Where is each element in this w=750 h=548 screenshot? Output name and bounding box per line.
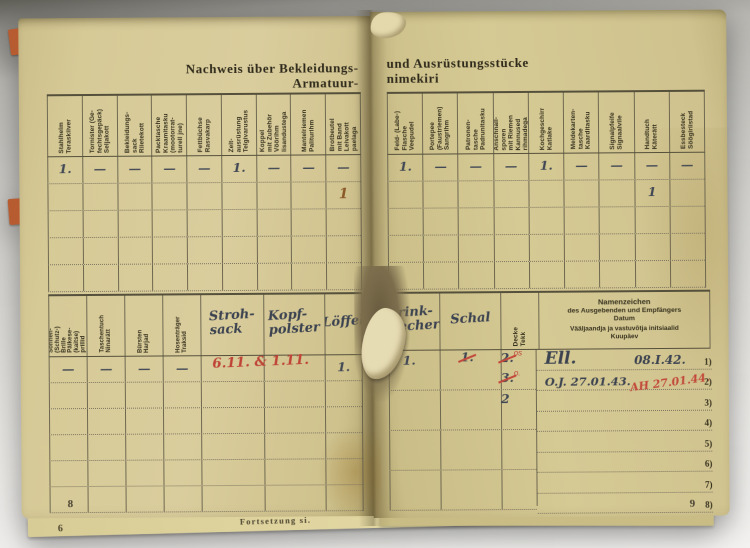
col-patronentasche: Patronen- tasche Padrunitasku <box>457 93 493 153</box>
issue-row: Ell. 08.I.42. 1) <box>537 349 712 371</box>
row-number: 7) <box>705 479 713 489</box>
row-number: 8) <box>705 500 713 510</box>
table-row <box>49 407 362 435</box>
date: 08.I.42. <box>634 352 686 366</box>
entry-value: — <box>646 157 659 172</box>
table-row <box>49 459 362 487</box>
left-title-estonian: Armatuur- <box>292 75 358 91</box>
red-ink-note: 6.11. & 1.11. <box>200 347 321 376</box>
left-columns-area: 1. 1. 2.os 3.o. 2 <box>389 350 537 507</box>
col-taschentuch: Taschentuch Ninarätt <box>86 296 124 356</box>
entry-value: — <box>505 158 518 173</box>
row-number: 2) <box>704 377 712 387</box>
col-anschnallsporen: Anschnall- sporen mit Riemen Kannused ri… <box>492 93 528 153</box>
namenzeichen-header: Namenzeichen des Ausgebenden und Empfäng… <box>567 292 681 346</box>
col-signalpfeife: Signalpfeife Signaalvile <box>598 92 634 152</box>
under-page-number: 6 <box>58 523 63 534</box>
right-title-german: und Ausrüstungsstücke <box>387 55 529 72</box>
entry-value: 1. <box>233 160 246 175</box>
table-row: 1. — — — — 1. — — — <box>47 155 360 184</box>
entry-value: — <box>128 161 141 176</box>
left-bottom-rows: 6.11. & 1.11. — — — — 1. <box>49 355 364 513</box>
entry-value: 1 <box>648 184 657 199</box>
entry-value: — <box>94 161 107 176</box>
table-row <box>388 207 705 236</box>
entry-value: — <box>100 361 113 376</box>
open-booklet: 6 Fortsetzung si. Nachweis über Bekleidu… <box>18 8 732 529</box>
table-row: 1 <box>47 182 360 211</box>
right-top-equipment-table: Feld- (Labe-) Flasche Veepudel Portepee … <box>387 90 706 290</box>
table-row <box>49 433 362 461</box>
col-buersten: Bürsten Harjad <box>124 295 162 355</box>
entry-value: — <box>138 361 151 376</box>
col-schal-handwritten: Schal <box>439 293 500 349</box>
entry-value: — <box>302 159 315 174</box>
row-number: 1) <box>704 356 712 366</box>
row-number: 5) <box>705 438 713 448</box>
col-strohsack-handwritten: Stroh- sack <box>200 295 263 355</box>
table-row: 1. — — — 1. — — — — <box>387 153 704 182</box>
col-meldekartentasche: Meldekarten- tasche Kaarditasku <box>563 92 599 152</box>
entry-value: — <box>62 361 75 376</box>
col-mantelriemen: Mantelriemen Paliturihm <box>290 94 325 154</box>
table-row: 1 <box>387 180 704 209</box>
left-bottom-equipment-table: Sonnen- (Schutz-) Brille Päikese- (kaits… <box>48 292 364 513</box>
col-handtuch: Handtuch Käterätt <box>633 92 669 152</box>
left-top-header-row: Stahlhelm Teraskiiver Tornister (Ge- fec… <box>47 94 361 157</box>
entry-value: 1. <box>540 158 553 173</box>
right-page-number: 9 <box>690 498 696 510</box>
right-bottom-body: 1. 1. 2.os 3.o. 2 Ell. 08.I.42. 1) O.J. … <box>389 349 712 507</box>
col-namenzeichen: Namenzeichen des Ausgebenden und Empfäng… <box>538 292 709 349</box>
issue-row: 5) <box>537 431 712 453</box>
entry-value: 1. <box>399 159 412 174</box>
issue-row: O.J. 27.01.43. AH 27.01.44. 2) <box>537 369 712 391</box>
col-hosentraeger: Hosenträger Traksid <box>162 295 200 355</box>
entry-value: — <box>163 160 176 175</box>
left-top-rows: 1. — — — — 1. — — — 1 <box>47 155 362 292</box>
col-kochgeschirr: Kochgeschirr Katlake <box>528 93 564 153</box>
entry-value: 1. <box>59 161 72 176</box>
col-feldflasche: Feld- (Labe-) Flasche Veepudel <box>387 94 423 154</box>
col-zeltausruestung: Zelt- ausrüstung Telgivarustus <box>221 95 256 155</box>
right-bottom-issue-table: Trink- becher Schal Decke Tekk Namenzeic… <box>388 290 711 507</box>
entry-value: — <box>176 360 189 375</box>
row-number: 4) <box>705 418 713 428</box>
entry-value-brown-ink: 1 <box>339 186 349 202</box>
table-row <box>388 261 705 290</box>
col-decke: Decke Tekk <box>500 293 538 349</box>
decke-value-3: 2 <box>501 387 510 411</box>
col-packtasche: Packtasche Kraamitasku (mootorrat- turel… <box>151 95 186 155</box>
entry-value: 1. <box>337 359 350 374</box>
right-top-rows: 1. — — — 1. — — — — 1 <box>387 153 706 290</box>
entry-value: — <box>337 159 350 174</box>
col-essbesteck: Essbesteck Söögiriistad <box>669 92 705 152</box>
entry-value: — <box>681 157 694 172</box>
schal-value-struck: 1. <box>461 345 474 369</box>
row-number: 6) <box>705 459 713 469</box>
entry-value: — <box>198 160 211 175</box>
col-tornister: Tornister (Ge- fechtsgepäck) Seljakott <box>82 96 117 156</box>
col-koppel: Koppel mit Zubehör Vöörihm lisandustega <box>255 95 290 155</box>
row-number: 3) <box>704 397 712 407</box>
col-kopfpolster-handwritten: Kopf- polster <box>263 294 324 354</box>
right-title-estonian: nimekiri <box>387 71 440 87</box>
entry-value: — <box>434 158 447 173</box>
col-sonnenbrille: Sonnen- (Schutz-) Brille Päikese- (kaits… <box>48 296 86 356</box>
left-top-equipment-table: Stahlhelm Teraskiiver Tornister (Ge- fec… <box>47 92 362 292</box>
col-fettbuechse: Fettbüchse Rasvakarp <box>186 95 221 155</box>
table-row <box>388 234 705 263</box>
issue-row: 7) <box>537 472 712 494</box>
photo-of-open-record-book: 6 Fortsetzung si. Nachweis über Bekleidu… <box>0 0 750 548</box>
table-row <box>48 236 361 265</box>
signature: Ell. <box>545 348 577 368</box>
table-row <box>48 209 361 238</box>
table-row <box>48 263 361 292</box>
table-row <box>50 485 363 513</box>
issue-row: 3) <box>537 390 712 412</box>
col-bekleidungssack: Bekleidungs- sack Riietekott <box>116 96 151 156</box>
entry-value: — <box>470 158 483 173</box>
entry-value: — <box>610 157 623 172</box>
issue-row: 6) <box>537 451 712 473</box>
names-rows-area: Ell. 08.I.42. 1) O.J. 27.01.43. AH 27.01… <box>536 349 713 506</box>
col-portepee: Portepee (Faustriemen) Sangrihm <box>422 93 458 153</box>
left-page-number: 8 <box>68 498 74 510</box>
issue-row: 8) <box>538 492 713 514</box>
signature: O.J. 27.01.43. <box>545 374 631 389</box>
issue-row: 4) <box>537 410 712 432</box>
table-row <box>49 381 362 409</box>
right-top-header-row: Feld- (Labe-) Flasche Veepudel Portepee … <box>387 92 705 155</box>
entry-value: — <box>268 160 281 175</box>
entry-value: — <box>575 158 588 173</box>
right-bottom-header-row: Trink- becher Schal Decke Tekk Namenzeic… <box>388 292 710 351</box>
col-stahlhelm: Stahlhelm Teraskiiver <box>47 96 82 156</box>
